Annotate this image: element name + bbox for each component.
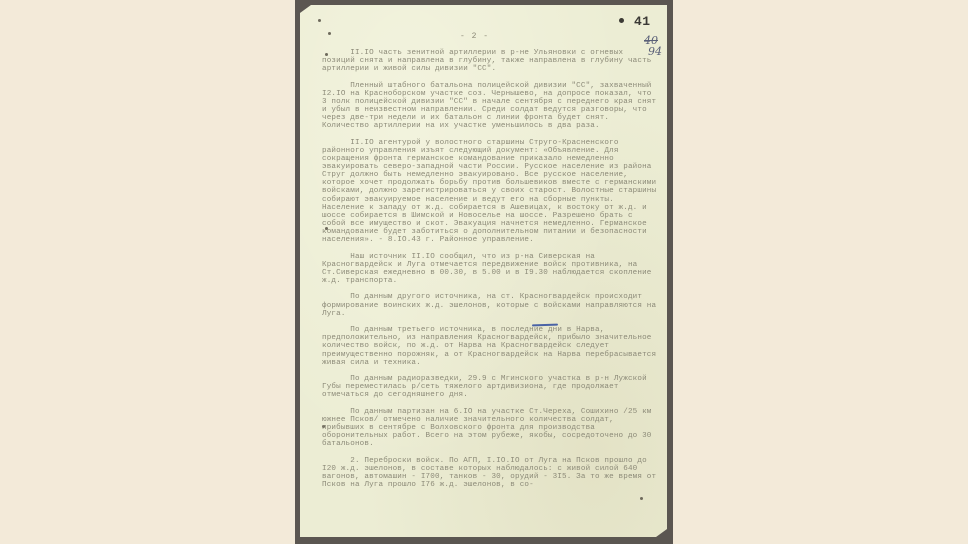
document-page: 41 40 94 - 2 - II.IO часть зенитной арти… bbox=[300, 5, 667, 537]
stamp-dot bbox=[619, 18, 624, 23]
paragraph: Пленный штабного батальона полицейской д… bbox=[322, 82, 660, 131]
paragraph: По данным третьего источника, в последни… bbox=[322, 326, 660, 366]
punch-hole-mark bbox=[318, 19, 321, 22]
paragraph: 2. Переброски войск. По АГП, I.IO.IO от … bbox=[322, 457, 660, 489]
document-body: II.IO часть зенитной артиллерии в р-не У… bbox=[322, 49, 660, 498]
paragraph: По данным партизан на 6.IO на участке Ст… bbox=[322, 408, 660, 448]
paragraph: Наш источник II.IO сообщил, что из р-на … bbox=[322, 253, 660, 285]
paragraph: По данным другого источника, на ст. Крас… bbox=[322, 293, 660, 317]
punch-hole-mark bbox=[328, 32, 331, 35]
paragraph: II.IO агентурой у волостного старшины Ст… bbox=[322, 139, 660, 244]
paragraph: II.IO часть зенитной артиллерии в р-не У… bbox=[322, 49, 660, 73]
document-viewer: 41 40 94 - 2 - II.IO часть зенитной арти… bbox=[0, 0, 968, 544]
paragraph: По данным радиоразведки, 29.9 с Мгинског… bbox=[322, 375, 660, 399]
page-number: - 2 - bbox=[460, 32, 489, 41]
folio-number: 41 bbox=[634, 14, 651, 29]
